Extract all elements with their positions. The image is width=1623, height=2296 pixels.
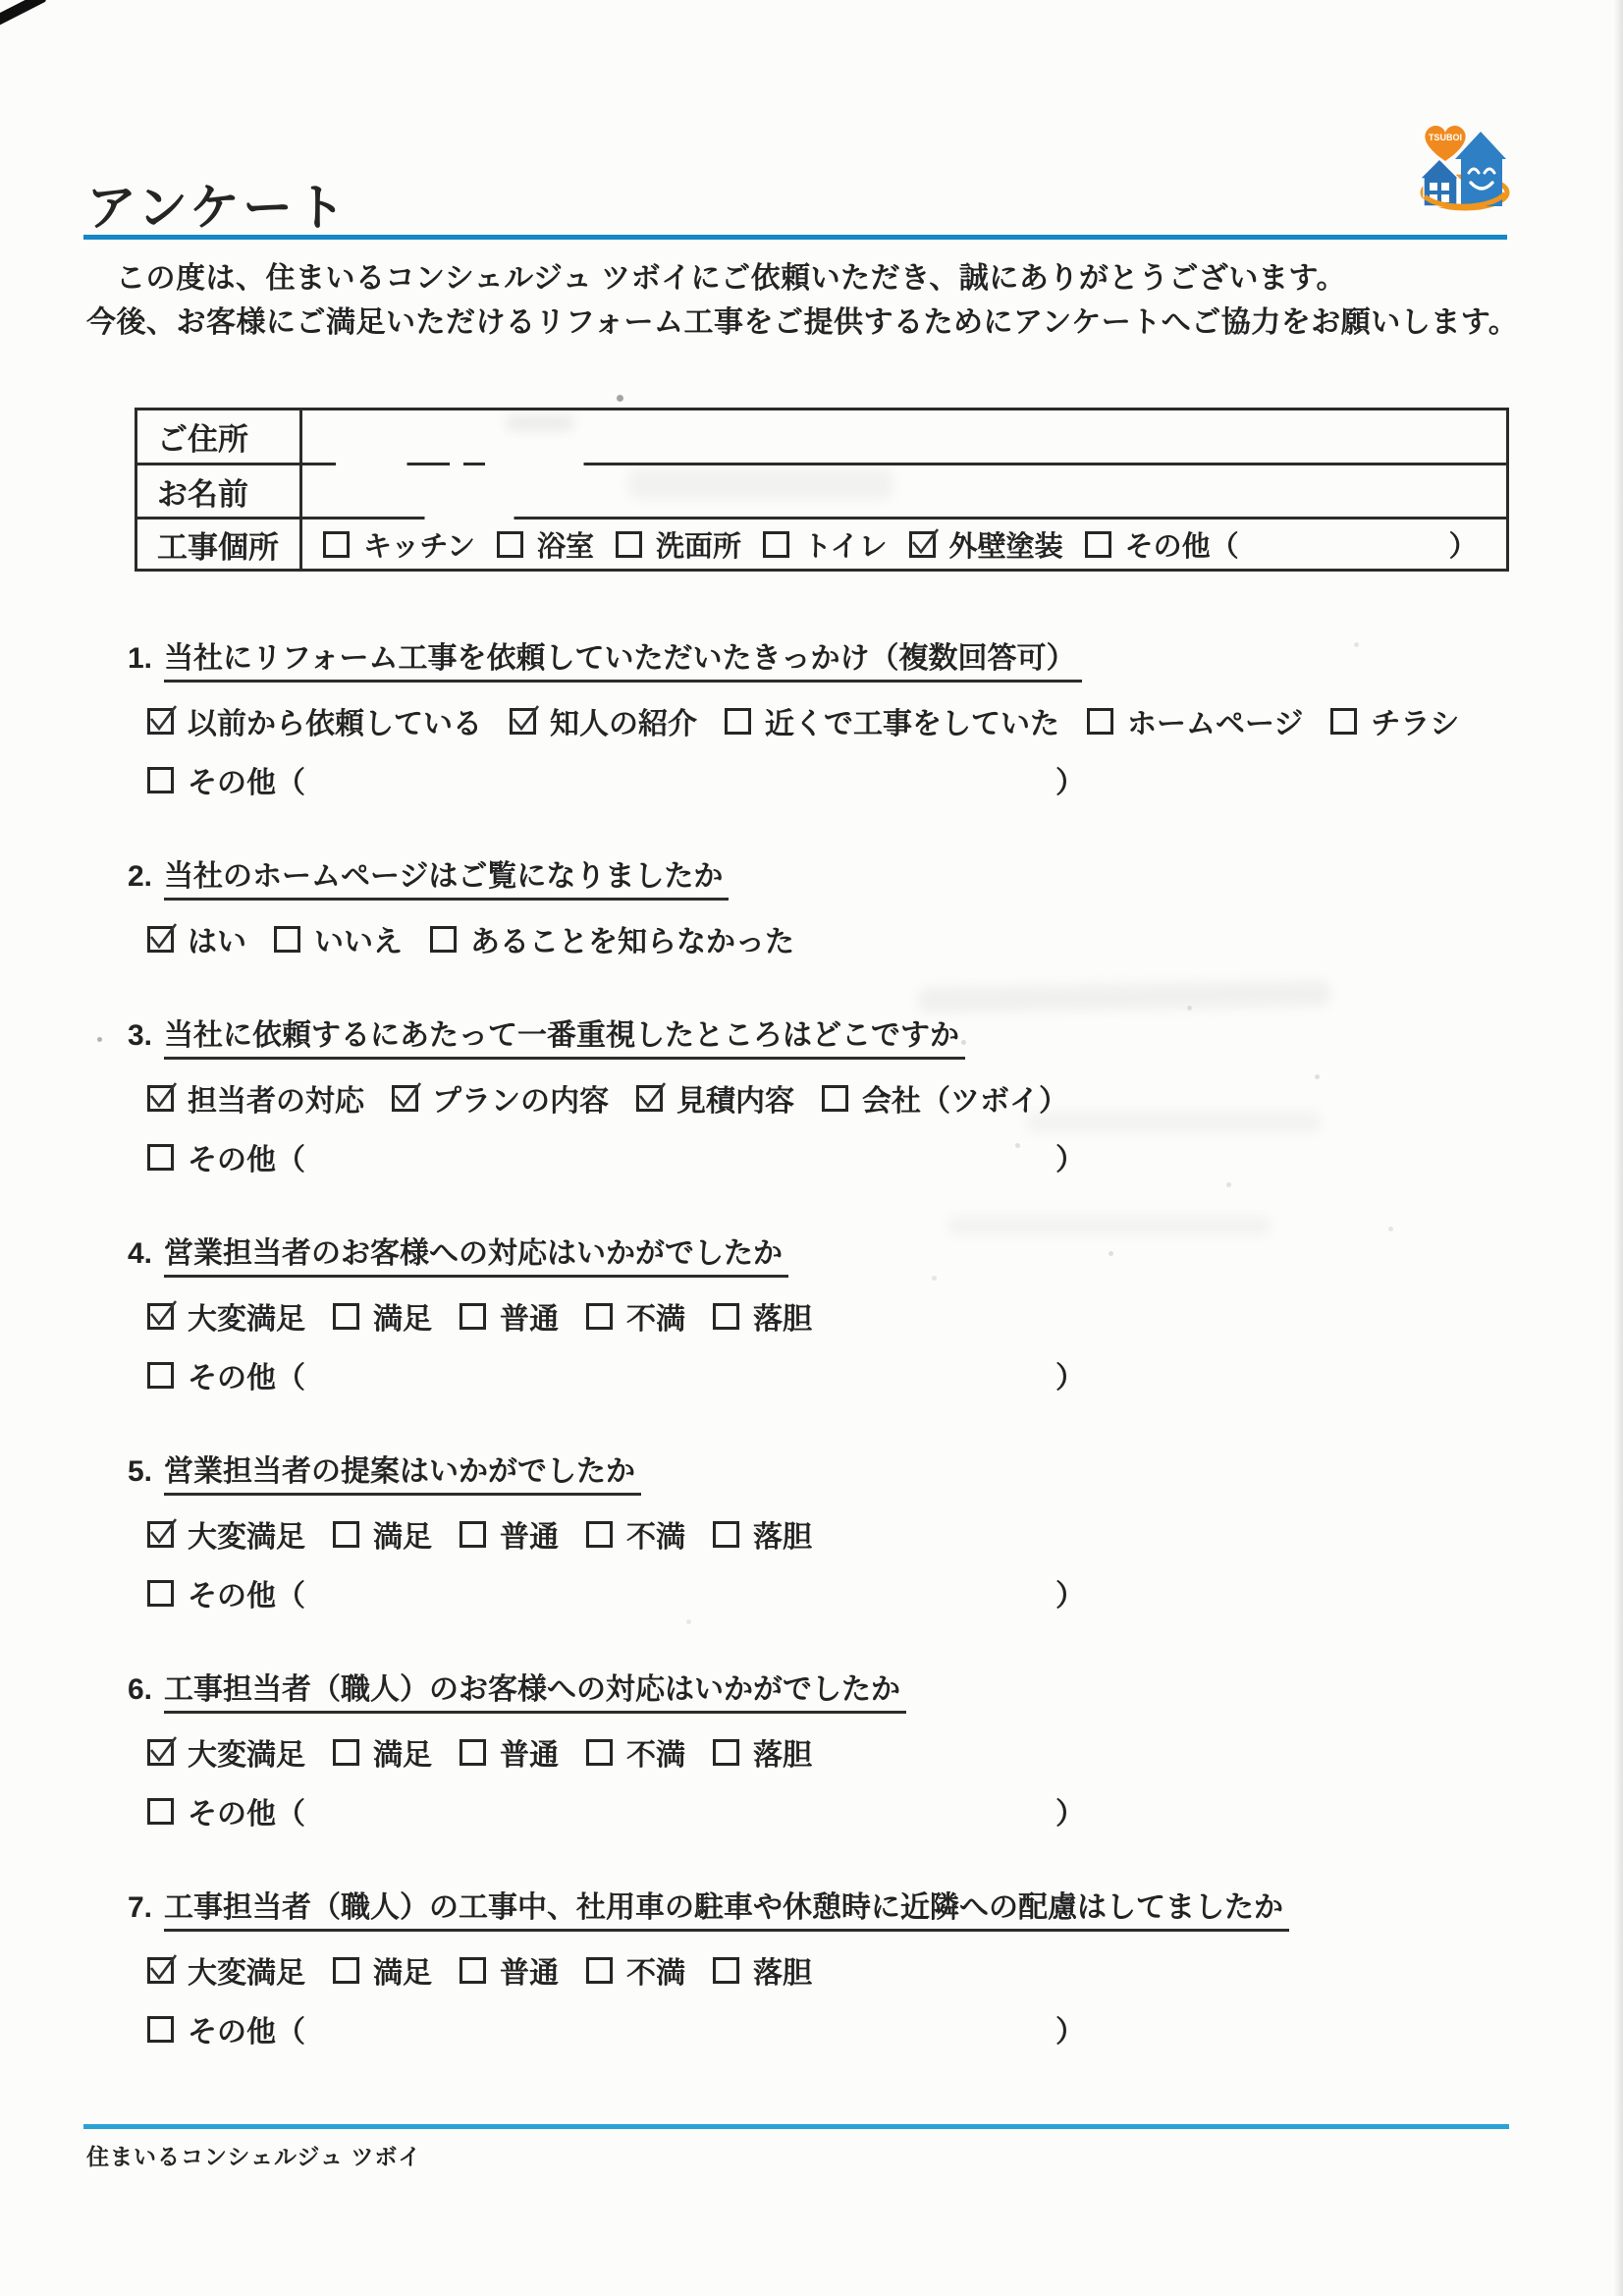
- option-label: 洗面所: [656, 524, 741, 565]
- question-number: 1.: [128, 642, 152, 675]
- option-checkbox[interactable]: [510, 708, 536, 735]
- name-value-cell[interactable]: [299, 465, 1506, 517]
- question-heading: 6.工事担当者（職人）のお客様への対応はいかがでしたか: [128, 1665, 1532, 1708]
- question-number: 7.: [128, 1891, 152, 1924]
- question-heading: 7.工事担当者（職人）の工事中、社用車の駐車や休憩時に近隣への配慮はしてましたか: [128, 1883, 1532, 1926]
- option-checkbox[interactable]: [147, 1521, 174, 1548]
- question-title: 工事担当者（職人）の工事中、社用車の駐車や休憩時に近隣への配慮はしてましたか: [164, 1891, 1289, 1932]
- option-label: 近くで工事をしていた: [765, 699, 1059, 742]
- option-checkbox[interactable]: [147, 1085, 174, 1112]
- other-close-paren: ）: [1055, 1571, 1085, 1614]
- option-label: 不満: [626, 1512, 685, 1556]
- option-label: 普通: [500, 1512, 559, 1556]
- option-checkbox[interactable]: [147, 1580, 174, 1607]
- survey-option: 担当者の対応: [147, 1076, 364, 1120]
- question-heading: 5.営業担当者の提案はいかがでしたか: [128, 1447, 1532, 1490]
- survey-option: 落胆: [713, 1730, 812, 1774]
- question-other-row: その他（ ）: [147, 1355, 1532, 1394]
- survey-option: 不満: [586, 1294, 685, 1338]
- option-label: 大変満足: [188, 1512, 305, 1556]
- option-label: 普通: [500, 1294, 559, 1338]
- survey-option: 外壁塗装: [909, 524, 1063, 565]
- question-title: 当社にリフォーム工事を依頼していただいたきっかけ（複数回答可）: [164, 642, 1082, 683]
- customer-info-table: ご住所 お名前 工事個所 キッチン 浴室 洗面所: [135, 408, 1509, 572]
- intro-line-2: 今後、お客様にご満足いただけるリフォーム工事をご提供するためにアンケートへご協力…: [86, 298, 1518, 341]
- address-field-label: ご住所: [137, 414, 299, 459]
- questions-list: 1.当社にリフォーム工事を依頼していただいたきっかけ（複数回答可） 以前から依頼…: [128, 633, 1532, 2101]
- survey-option: キッチン: [323, 524, 475, 565]
- work-location-options: キッチン 浴室 洗面所 トイレ 外壁塗装: [299, 524, 1478, 565]
- option-label: 不満: [626, 1730, 685, 1774]
- check-mark-icon: [510, 703, 543, 735]
- option-label: 落胆: [753, 1948, 812, 1992]
- option-label: 満足: [373, 1730, 432, 1774]
- question-block: 7.工事担当者（職人）の工事中、社用車の駐車や休憩時に近隣への配慮はしてましたか…: [128, 1883, 1532, 2049]
- other-option: その他（ ）: [147, 758, 1085, 801]
- check-mark-icon: [636, 1080, 670, 1112]
- question-heading: 2.当社のホームページはご覧になりましたか: [128, 851, 1532, 895]
- survey-option: 落胆: [713, 1294, 812, 1338]
- survey-option: 会社（ツボイ）: [822, 1076, 1068, 1120]
- other-option: その他（ ）: [1085, 524, 1478, 565]
- question-options-row: 以前から依頼している 知人の紹介 近くで工事をしていた ホームページ チラシ: [147, 701, 1532, 740]
- other-option-label: その他（: [188, 1789, 305, 1832]
- option-checkbox[interactable]: [713, 1303, 739, 1330]
- option-checkbox[interactable]: [147, 1798, 174, 1825]
- check-mark-icon: [147, 1516, 181, 1548]
- option-label: 落胆: [753, 1730, 812, 1774]
- question-options-row: 大変満足 満足 普通 不満 落胆: [147, 1732, 1532, 1772]
- survey-option: 普通: [460, 1948, 559, 1992]
- other-close-paren: ）: [1055, 2007, 1085, 2050]
- option-label: はい: [188, 917, 246, 960]
- option-label: ホームページ: [1127, 699, 1303, 742]
- survey-option: 満足: [333, 1730, 432, 1774]
- address-value-cell[interactable]: [299, 410, 1506, 463]
- option-label: 浴室: [537, 524, 594, 565]
- other-option: その他（ ）: [147, 1571, 1085, 1614]
- option-label: キッチン: [363, 524, 475, 565]
- survey-option: 以前から依頼している: [147, 699, 482, 742]
- question-number: 4.: [128, 1237, 152, 1270]
- option-checkbox[interactable]: [333, 1303, 359, 1330]
- option-checkbox[interactable]: [147, 1957, 174, 1984]
- option-checkbox[interactable]: [323, 531, 350, 558]
- option-label: 大変満足: [188, 1948, 305, 1992]
- question-block: 3.当社に依頼するにあたって一番重視したところはどこですか 担当者の対応 プラン…: [128, 1011, 1532, 1176]
- other-option: その他（ ）: [147, 1353, 1085, 1396]
- question-block: 1.当社にリフォーム工事を依頼していただいたきっかけ（複数回答可） 以前から依頼…: [128, 633, 1532, 799]
- option-label: トイレ: [803, 524, 888, 565]
- option-checkbox[interactable]: [430, 926, 457, 953]
- option-checkbox[interactable]: [460, 1739, 486, 1766]
- option-label: チラシ: [1371, 699, 1459, 742]
- option-checkbox[interactable]: [763, 531, 789, 558]
- option-checkbox[interactable]: [713, 1739, 739, 1766]
- survey-option: 落胆: [713, 1948, 812, 1992]
- option-checkbox[interactable]: [1087, 708, 1113, 735]
- survey-option: 大変満足: [147, 1294, 305, 1338]
- option-label: 知人の紹介: [550, 699, 697, 742]
- option-label: 外壁塗装: [949, 524, 1063, 565]
- option-checkbox[interactable]: [147, 2016, 174, 2043]
- option-label: 普通: [500, 1948, 559, 1992]
- option-checkbox[interactable]: [333, 1957, 359, 1984]
- option-label: 落胆: [753, 1294, 812, 1338]
- option-checkbox[interactable]: [147, 767, 174, 793]
- question-block: 5.営業担当者の提案はいかがでしたか 大変満足 満足 普通 不満: [128, 1447, 1532, 1613]
- question-options-row: 大変満足 満足 普通 不満 落胆: [147, 1950, 1532, 1990]
- check-mark-icon: [147, 1298, 181, 1330]
- check-mark-icon: [147, 1952, 181, 1984]
- survey-option: プランの内容: [392, 1076, 609, 1120]
- scan-corner-artifact: [0, 0, 46, 27]
- survey-option: 不満: [586, 1512, 685, 1556]
- survey-option: いいえ: [274, 917, 403, 960]
- option-checkbox[interactable]: [586, 1303, 613, 1330]
- survey-option: 洗面所: [616, 524, 741, 565]
- option-checkbox[interactable]: [1330, 708, 1357, 735]
- check-mark-icon: [147, 1734, 181, 1766]
- other-option-label: その他（: [188, 2007, 305, 2050]
- scan-edge-shadow: [1614, 0, 1623, 2296]
- option-label: 大変満足: [188, 1730, 305, 1774]
- survey-option: あることを知らなかった: [430, 917, 794, 960]
- question-heading: 4.営業担当者のお客様への対応はいかがでしたか: [128, 1229, 1532, 1272]
- option-checkbox[interactable]: [333, 1521, 359, 1548]
- survey-option: 不満: [586, 1948, 685, 1992]
- option-label: 以前から依頼している: [188, 699, 482, 742]
- logo-text: TSUBOI: [1429, 133, 1462, 142]
- option-checkbox[interactable]: [392, 1085, 418, 1112]
- option-label: プランの内容: [432, 1076, 609, 1120]
- option-checkbox[interactable]: [147, 1303, 174, 1330]
- option-checkbox[interactable]: [1085, 531, 1111, 558]
- question-options-row: 大変満足 満足 普通 不満 落胆: [147, 1296, 1532, 1336]
- option-checkbox[interactable]: [147, 1144, 174, 1171]
- footer-company-name: 住まいるコンシェルジュ ツボイ: [86, 2139, 421, 2171]
- question-options-row: 担当者の対応 プランの内容 見積内容 会社（ツボイ）: [147, 1078, 1532, 1118]
- question-title: 営業担当者のお客様への対応はいかがでしたか: [164, 1237, 788, 1278]
- option-checkbox[interactable]: [822, 1085, 848, 1112]
- other-close-paren: ）: [1055, 1135, 1085, 1178]
- question-number: 6.: [128, 1673, 152, 1706]
- tsuboi-company-logo-icon: TSUBOI: [1418, 118, 1512, 216]
- option-checkbox[interactable]: [460, 1521, 486, 1548]
- option-label: 会社（ツボイ）: [862, 1076, 1068, 1120]
- survey-option: 満足: [333, 1294, 432, 1338]
- option-checkbox[interactable]: [460, 1303, 486, 1330]
- other-option: その他（ ）: [147, 1789, 1085, 1832]
- option-label: 大変満足: [188, 1294, 305, 1338]
- survey-option: 大変満足: [147, 1512, 305, 1556]
- work-location-field-label: 工事個所: [137, 522, 299, 567]
- check-mark-icon: [147, 921, 181, 953]
- survey-option: ホームページ: [1087, 699, 1303, 742]
- survey-option: はい: [147, 917, 246, 960]
- other-option: その他（ ）: [147, 1135, 1085, 1178]
- option-label: 担当者の対応: [188, 1076, 364, 1120]
- survey-option: 大変満足: [147, 1730, 305, 1774]
- survey-option: 落胆: [713, 1512, 812, 1556]
- option-checkbox[interactable]: [616, 531, 642, 558]
- option-checkbox[interactable]: [333, 1739, 359, 1766]
- survey-option: 近くで工事をしていた: [725, 699, 1059, 742]
- option-label: 満足: [373, 1948, 432, 1992]
- option-label: 不満: [626, 1948, 685, 1992]
- page-title: アンケート: [86, 167, 349, 240]
- survey-option: 知人の紹介: [510, 699, 697, 742]
- option-checkbox[interactable]: [147, 926, 174, 953]
- survey-option: 見積内容: [636, 1076, 794, 1120]
- option-label: 落胆: [753, 1512, 812, 1556]
- other-option-label: その他（: [188, 1135, 305, 1178]
- survey-option: 普通: [460, 1730, 559, 1774]
- option-checkbox[interactable]: [636, 1085, 663, 1112]
- survey-option: 満足: [333, 1512, 432, 1556]
- survey-option: 満足: [333, 1948, 432, 1992]
- option-checkbox[interactable]: [460, 1957, 486, 1984]
- other-option-label: その他（: [188, 758, 305, 801]
- other-option-label: その他（: [188, 1353, 305, 1396]
- option-checkbox[interactable]: [586, 1521, 613, 1548]
- option-checkbox[interactable]: [713, 1957, 739, 1984]
- question-title: 工事担当者（職人）のお客様への対応はいかがでしたか: [164, 1673, 906, 1714]
- question-other-row: その他（ ）: [147, 1573, 1532, 1613]
- title-rule: [83, 235, 1507, 240]
- option-label: 満足: [373, 1512, 432, 1556]
- survey-option: 浴室: [497, 524, 594, 565]
- question-heading: 3.当社に依頼するにあたって一番重視したところはどこですか: [128, 1011, 1532, 1054]
- other-option: その他（ ）: [147, 2007, 1085, 2050]
- option-label: 普通: [500, 1730, 559, 1774]
- other-option-label: その他（: [188, 1571, 305, 1614]
- intro-line-1: この度は、住まいるコンシェルジュ ツボイにご依頼いただき、誠にありがとうございま…: [116, 253, 1346, 297]
- option-checkbox[interactable]: [725, 708, 751, 735]
- question-block: 4.営業担当者のお客様への対応はいかがでしたか 大変満足 満足 普通: [128, 1229, 1532, 1394]
- check-mark-icon: [909, 526, 943, 558]
- question-block: 6.工事担当者（職人）のお客様への対応はいかがでしたか 大変満足 満足 普通: [128, 1665, 1532, 1831]
- option-checkbox[interactable]: [147, 1362, 174, 1389]
- scan-noise: [0, 0, 3, 3]
- survey-option: チラシ: [1330, 699, 1459, 742]
- option-label: 不満: [626, 1294, 685, 1338]
- survey-option: 不満: [586, 1730, 685, 1774]
- question-options-row: はい いいえ あることを知らなかった: [147, 919, 1532, 958]
- question-options-row: 大変満足 満足 普通 不満 落胆: [147, 1514, 1532, 1554]
- question-title: 当社に依頼するにあたって一番重視したところはどこですか: [164, 1019, 965, 1060]
- other-close-paren: ）: [1449, 524, 1478, 565]
- check-mark-icon: [147, 1080, 181, 1112]
- question-number: 5.: [128, 1455, 152, 1488]
- survey-option: トイレ: [763, 524, 888, 565]
- question-other-row: その他（ ）: [147, 1137, 1532, 1176]
- survey-option: 普通: [460, 1294, 559, 1338]
- other-close-paren: ）: [1055, 1789, 1085, 1832]
- name-field-label: お名前: [137, 469, 299, 514]
- scanned-survey-page: アンケート TSUBOI この度は、住まいるコンシェルジュ ツボイにご依頼いただ…: [0, 0, 1623, 2296]
- option-label: 満足: [373, 1294, 432, 1338]
- footer-rule: [83, 2124, 1509, 2129]
- survey-option: 大変満足: [147, 1948, 305, 1992]
- option-checkbox[interactable]: [147, 1739, 174, 1766]
- other-option-label: その他（: [1125, 524, 1239, 565]
- question-other-row: その他（ ）: [147, 2009, 1532, 2049]
- option-label: いいえ: [314, 917, 403, 960]
- check-mark-icon: [147, 703, 181, 735]
- option-checkbox[interactable]: [713, 1521, 739, 1548]
- question-heading: 1.当社にリフォーム工事を依頼していただいたきっかけ（複数回答可）: [128, 633, 1532, 677]
- option-checkbox[interactable]: [274, 926, 300, 953]
- question-number: 3.: [128, 1019, 152, 1052]
- other-close-paren: ）: [1055, 758, 1085, 801]
- option-checkbox[interactable]: [586, 1739, 613, 1766]
- question-number: 2.: [128, 860, 152, 893]
- option-checkbox[interactable]: [909, 531, 936, 558]
- option-label: 見積内容: [676, 1076, 794, 1120]
- question-title: 当社のホームページはご覧になりましたか: [164, 860, 729, 901]
- check-mark-icon: [392, 1080, 425, 1112]
- question-other-row: その他（ ）: [147, 1791, 1532, 1831]
- option-label: あることを知らなかった: [470, 917, 794, 960]
- survey-option: 普通: [460, 1512, 559, 1556]
- option-checkbox[interactable]: [497, 531, 523, 558]
- option-checkbox[interactable]: [586, 1957, 613, 1984]
- question-block: 2.当社のホームページはご覧になりましたか はい いいえ あることを知らなかった: [128, 851, 1532, 958]
- other-close-paren: ）: [1055, 1353, 1085, 1396]
- question-other-row: その他（ ）: [147, 760, 1532, 799]
- question-title: 営業担当者の提案はいかがでしたか: [164, 1455, 641, 1496]
- option-checkbox[interactable]: [147, 708, 174, 735]
